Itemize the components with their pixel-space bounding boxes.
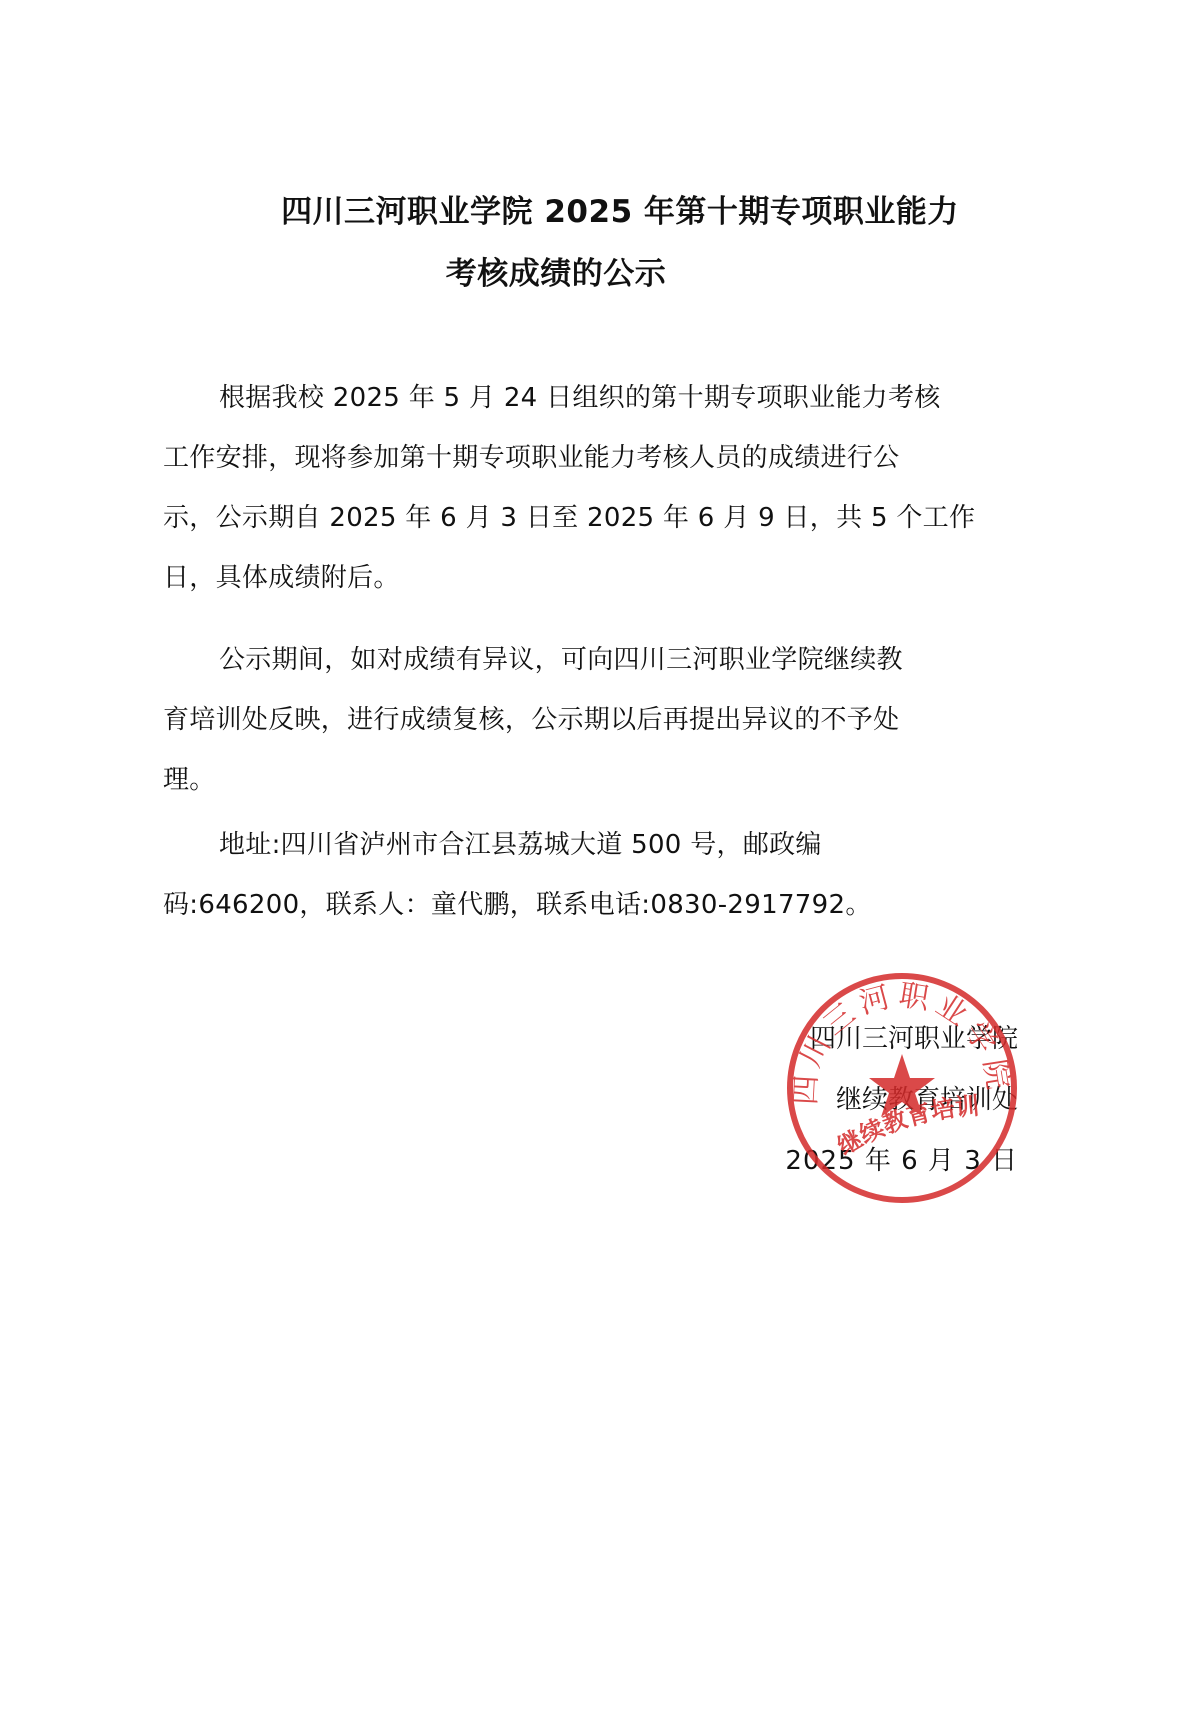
paragraph-line: 示，公示期自 2025 年 6 月 3 日至 2025 年 6 月 9 日，共 … <box>163 488 1035 548</box>
signature-date: 2025 年 6 月 3 日 <box>785 1140 1018 1177</box>
paragraph-line: 理。 <box>163 750 1035 810</box>
signature-department: 继续教育培训处 <box>836 1079 1018 1116</box>
paragraph-line: 根据我校 2025 年 5 月 24 日组织的第十期专项职业能力考核 <box>163 368 1035 428</box>
paragraph-objection: 公示期间，如对成绩有异议，可向四川三河职业学院继续教 育培训处反映，进行成绩复核… <box>163 630 1035 810</box>
paragraph-contact: 地址:四川省泸州市合江县荔城大道 500 号，邮政编 码:646200，联系人：… <box>163 815 1035 935</box>
paragraph-line: 地址:四川省泸州市合江县荔城大道 500 号，邮政编 <box>163 815 1035 875</box>
paragraph-line: 工作安排，现将参加第十期专项职业能力考核人员的成绩进行公 <box>163 428 1035 488</box>
paragraph-line: 育培训处反映，进行成绩复核，公示期以后再提出异议的不予处 <box>163 690 1035 750</box>
svg-text:继续教育培训处: 继续教育培训处 <box>782 968 980 1161</box>
paragraph-line: 码:646200，联系人：童代鹏，联系电话:0830-2917792。 <box>163 875 1035 935</box>
document-page: 四川三河职业学院 2025 年第十期专项职业能力 考核成绩的公示 根据我校 20… <box>0 0 1200 1711</box>
paragraph-line: 公示期间，如对成绩有异议，可向四川三河职业学院继续教 <box>163 630 1035 690</box>
document-title-line-1: 四川三河职业学院 2025 年第十期专项职业能力 <box>20 186 1200 231</box>
document-title-line-2: 考核成绩的公示 <box>0 248 1156 293</box>
signature-organization: 四川三河职业学院 <box>810 1018 1018 1055</box>
paragraph-announcement: 根据我校 2025 年 5 月 24 日组织的第十期专项职业能力考核 工作安排，… <box>163 368 1035 608</box>
paragraph-line: 日，具体成绩附后。 <box>163 548 1035 608</box>
